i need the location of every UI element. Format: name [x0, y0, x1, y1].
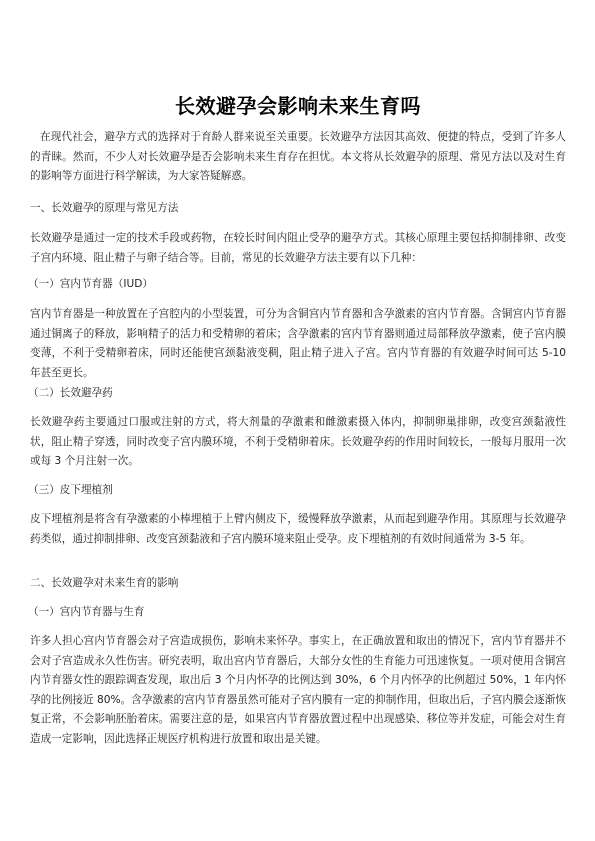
subsection-body-pill: 长效避孕药主要通过口服或注射的方式，将大剂量的孕激素和雌激素摄入体内，抑制卵巢排…: [30, 413, 566, 472]
subsection-heading-iud-fertility: （一）宫内节育器与生育: [28, 603, 145, 622]
subsection-body-iud-fertility: 许多人担心宫内节育器会对子宫造成损伤，影响未来怀孕。事实上，在正确放置和取出的情…: [30, 632, 566, 749]
page-title: 长效避孕会影响未来生育吗: [30, 90, 566, 119]
subsection-heading-pill: （二）长效避孕药: [28, 384, 113, 403]
subsection-heading-implant: （三）皮下埋植剂: [28, 481, 113, 500]
subsection-heading-iud: （一）宫内节育器（IUD）: [28, 275, 153, 294]
subsection-body-implant: 皮下埋植剂是将含有孕激素的小棒埋植于上臂内侧皮下，缓慢释放孕激素，从而起到避孕作…: [30, 510, 566, 549]
section-heading-2: 二、长效避孕对未来生育的影响: [30, 574, 178, 593]
section-heading-1: 一、长效避孕的原理与常见方法: [30, 199, 178, 218]
subsection-body-iud: 宫内节育器是一种放置在子宫腔内的小型装置，可分为含铜宫内节育器和含孕激素的宫内节…: [30, 305, 566, 383]
intro-paragraph: 在现代社会，避孕方式的选择对于育龄人群来说至关重要。长效避孕方法因其高效、便捷的…: [30, 128, 566, 187]
section-1-intro: 长效避孕是通过一定的技术手段或药物，在较长时间内阻止受孕的避孕方式。其核心原理主…: [30, 229, 566, 268]
